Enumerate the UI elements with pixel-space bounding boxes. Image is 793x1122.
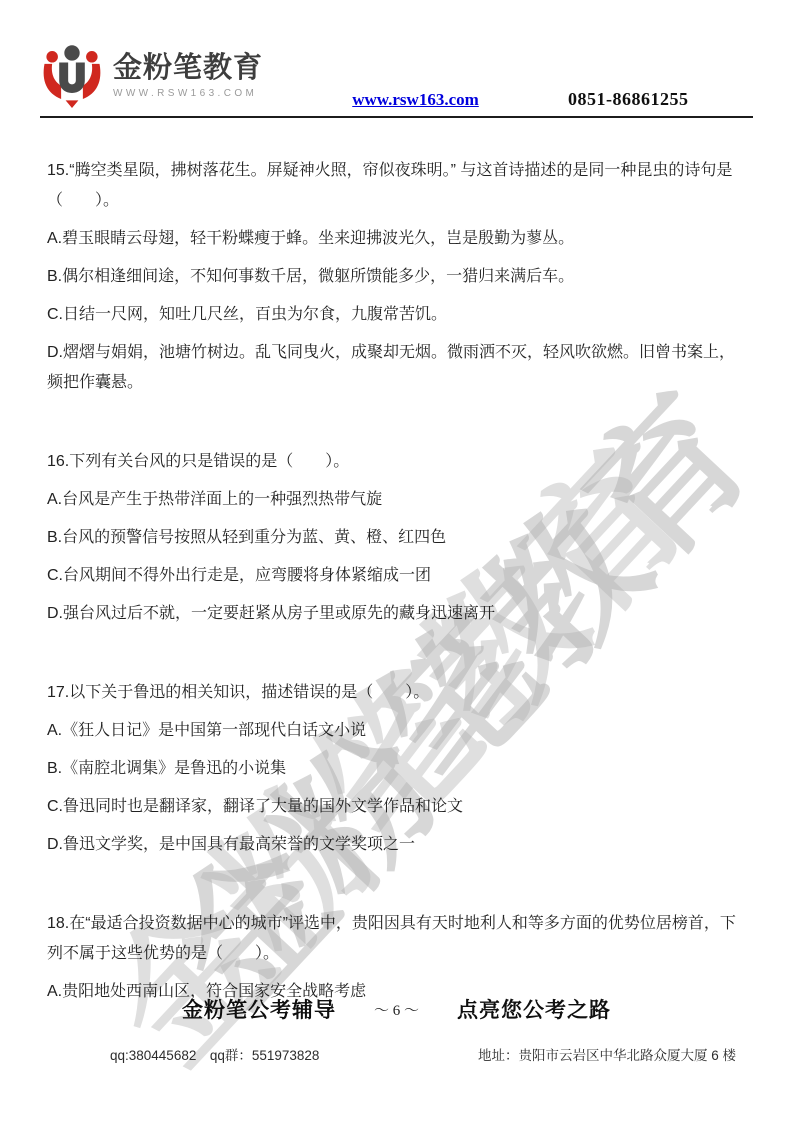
question-stem: 17.以下关于鲁迅的相关知识，描述错误的是（ ）。 <box>47 678 748 708</box>
people-u-emblem-icon <box>40 41 104 111</box>
brand-text-block: 金粉笔教育 WWW.RSW163.COM <box>113 54 263 99</box>
question-stem: 15.“腾空类星陨，拂树落花生。屏疑神火照，帘似夜珠明。” 与这首诗描述的是同一… <box>47 156 748 216</box>
option-c: C.日结一尺网，知吐几尺丝，百虫为尔食，九腹常苦饥。 <box>47 300 748 330</box>
qq-contact: qq:380445682 qq群：551973828 <box>110 1044 319 1064</box>
option-d: D.强台风过后不就，一定要赶紧从房子里或原先的藏身迅速离开 <box>47 599 748 629</box>
questions-area: 15.“腾空类星陨，拂树落花生。屏疑神火照，帘似夜珠明。” 与这首诗描述的是同一… <box>47 156 748 1056</box>
brand-name: 金粉笔教育 <box>113 54 263 83</box>
footer-slogans: 金粉笔公考辅导 ～ 6 ～ 点亮您公考之路 <box>0 994 793 1024</box>
question-block-18: 18.在“最适合投资数据中心的城市”评选中，贵阳因具有天时地利人和等多方面的优势… <box>47 909 748 1007</box>
document-page: 金粉笔教育 金粉笔教育 金粉笔教育 WWW.RSW163.COM www.rsw… <box>0 0 793 1122</box>
option-b: B.偶尔相逢细间途，不知何事数千居，微躯所馈能多少，一猎归来满后车。 <box>47 262 748 292</box>
page-header: 金粉笔教育 WWW.RSW163.COM www.rsw163.com 0851… <box>40 0 753 118</box>
question-block-15: 15.“腾空类星陨，拂树落花生。屏疑神火照，帘似夜珠明。” 与这首诗描述的是同一… <box>47 156 748 398</box>
option-d: D.熠熠与娟娟，池塘竹树边。乱飞同曳火，成聚却无烟。微雨洒不灭，轻风吹欲燃。旧曾… <box>47 338 748 398</box>
option-b: B.台风的预警信号按照从轻到重分为蓝、黄、橙、红四色 <box>47 523 748 553</box>
brand-logo: 金粉笔教育 WWW.RSW163.COM <box>40 41 263 111</box>
footer-slogan-right: 点亮您公考之路 <box>457 994 611 1024</box>
phone-number: 0851-86861255 <box>568 89 753 110</box>
option-c: C.台风期间不得外出行走是，应弯腰将身体紧缩成一团 <box>47 561 748 591</box>
footer-info: qq:380445682 qq群：551973828 地址：贵阳市云岩区中华北路… <box>110 1044 736 1064</box>
option-d: D.鲁迅文学奖，是中国具有最高荣誉的文学奖项之一 <box>47 830 748 860</box>
option-a: A.碧玉眼睛云母翅，轻干粉蝶瘦于蜂。坐来迎拂波光久，岂是殷勤为蓼丛。 <box>47 224 748 254</box>
question-block-16: 16.下列有关台风的只是错误的是（ ）。 A.台风是产生于热带洋面上的一种强烈热… <box>47 447 748 629</box>
option-b: B.《南腔北调集》是鲁迅的小说集 <box>47 754 748 784</box>
footer-slogan-left: 金粉笔公考辅导 <box>182 994 336 1024</box>
website-link[interactable]: www.rsw163.com <box>263 90 568 110</box>
question-block-17: 17.以下关于鲁迅的相关知识，描述错误的是（ ）。 A.《狂人日记》是中国第一部… <box>47 678 748 860</box>
option-a: A.《狂人日记》是中国第一部现代白话文小说 <box>47 716 748 746</box>
question-stem: 16.下列有关台风的只是错误的是（ ）。 <box>47 447 748 477</box>
page-number: ～ 6 ～ <box>374 999 419 1020</box>
question-stem: 18.在“最适合投资数据中心的城市”评选中，贵阳因具有天时地利人和等多方面的优势… <box>47 909 748 969</box>
option-c: C.鲁迅同时也是翻译家，翻译了大量的国外文学作品和论文 <box>47 792 748 822</box>
brand-subtitle: WWW.RSW163.COM <box>113 88 263 99</box>
option-a: A.台风是产生于热带洋面上的一种强烈热带气旋 <box>47 485 748 515</box>
address: 地址：贵阳市云岩区中华北路众厦大厦 6 楼 <box>478 1044 736 1064</box>
